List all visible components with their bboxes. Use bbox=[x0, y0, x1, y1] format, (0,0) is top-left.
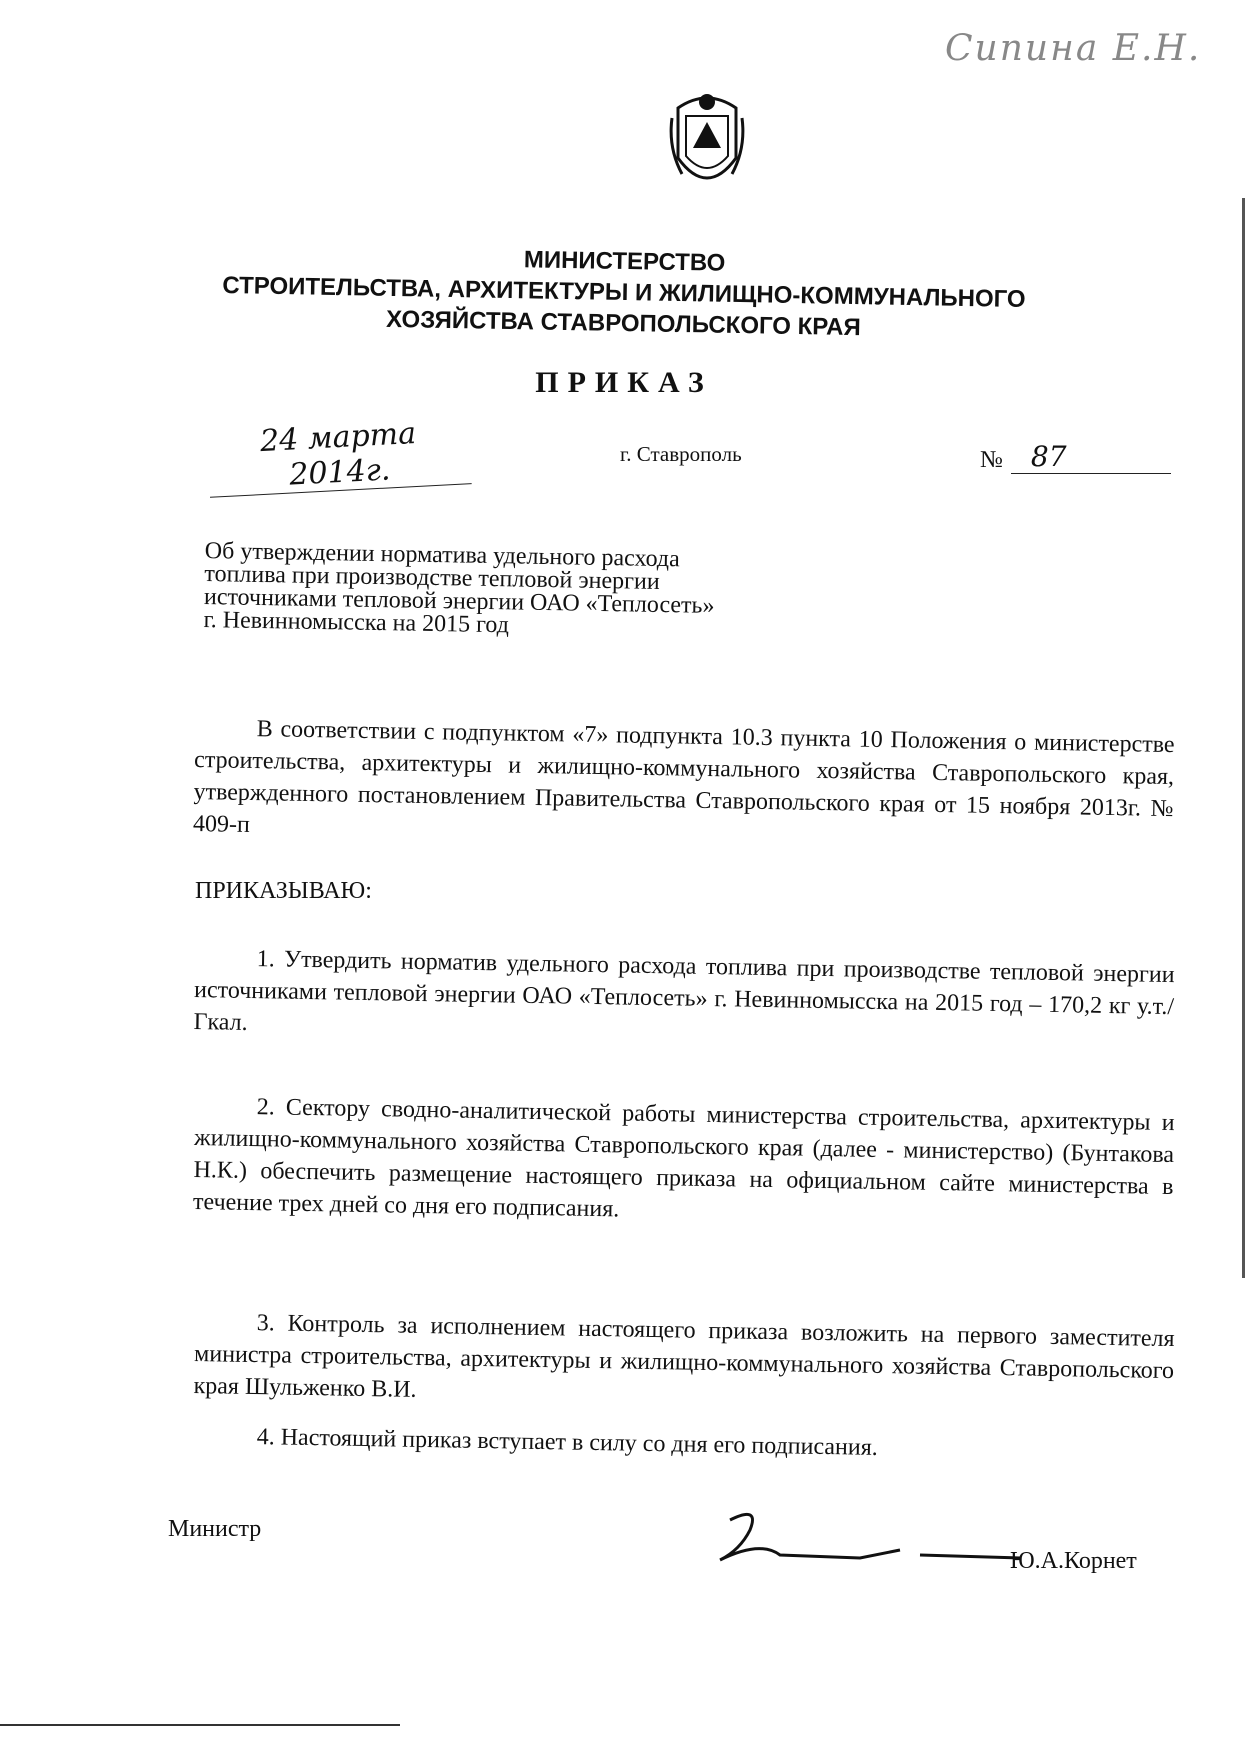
handwritten-signature-icon bbox=[700, 1500, 1020, 1580]
order-word: ПРИКАЗЫВАЮ: bbox=[195, 878, 372, 905]
order-item-text: 3. Контроль за исполнением настоящего пр… bbox=[193, 1306, 1175, 1419]
ministry-header: МИНИСТЕРСТВО СТРОИТЕЛЬСТВА, АРХИТЕКТУРЫ … bbox=[0, 235, 1248, 350]
order-item-1: 1. Утвердить норматив удельного расхода … bbox=[193, 942, 1175, 1055]
number-label: № bbox=[980, 447, 1003, 474]
preamble: В соответствии с подпунктом «7» подпункт… bbox=[193, 712, 1175, 857]
handwritten-note: Сипина Е.Н. bbox=[945, 28, 1201, 69]
document-city: г. Ставрополь bbox=[620, 442, 742, 467]
order-item-3: 3. Контроль за исполнением настоящего пр… bbox=[193, 1306, 1175, 1419]
preamble-text: В соответствии с подпунктом «7» подпункт… bbox=[193, 712, 1175, 857]
scan-edge-right bbox=[1242, 198, 1245, 1278]
number-value: 87 bbox=[1011, 440, 1171, 474]
signatory-name: Ю.А.Корнет bbox=[1010, 1548, 1137, 1575]
order-item-2: 2. Сектору сводно-аналитической работы м… bbox=[193, 1090, 1175, 1235]
coat-of-arms-icon bbox=[668, 88, 746, 198]
signatory-title: Министр bbox=[168, 1516, 261, 1543]
document-subject: Об утверждении норматива удельного расхо… bbox=[203, 540, 845, 643]
order-item-text: 1. Утвердить норматив удельного расхода … bbox=[193, 942, 1175, 1055]
document-type: ПРИКАЗ bbox=[0, 366, 1248, 400]
order-item-text: 4. Настоящий приказ вступает в силу со д… bbox=[194, 1420, 1174, 1469]
document-number: № 87 bbox=[980, 440, 1171, 474]
order-item-4: 4. Настоящий приказ вступает в силу со д… bbox=[194, 1420, 1174, 1469]
scan-edge-line bbox=[0, 1724, 400, 1726]
order-item-text: 2. Сектору сводно-аналитической работы м… bbox=[193, 1090, 1175, 1235]
document-date: 24 марта 2014г. bbox=[206, 413, 471, 498]
